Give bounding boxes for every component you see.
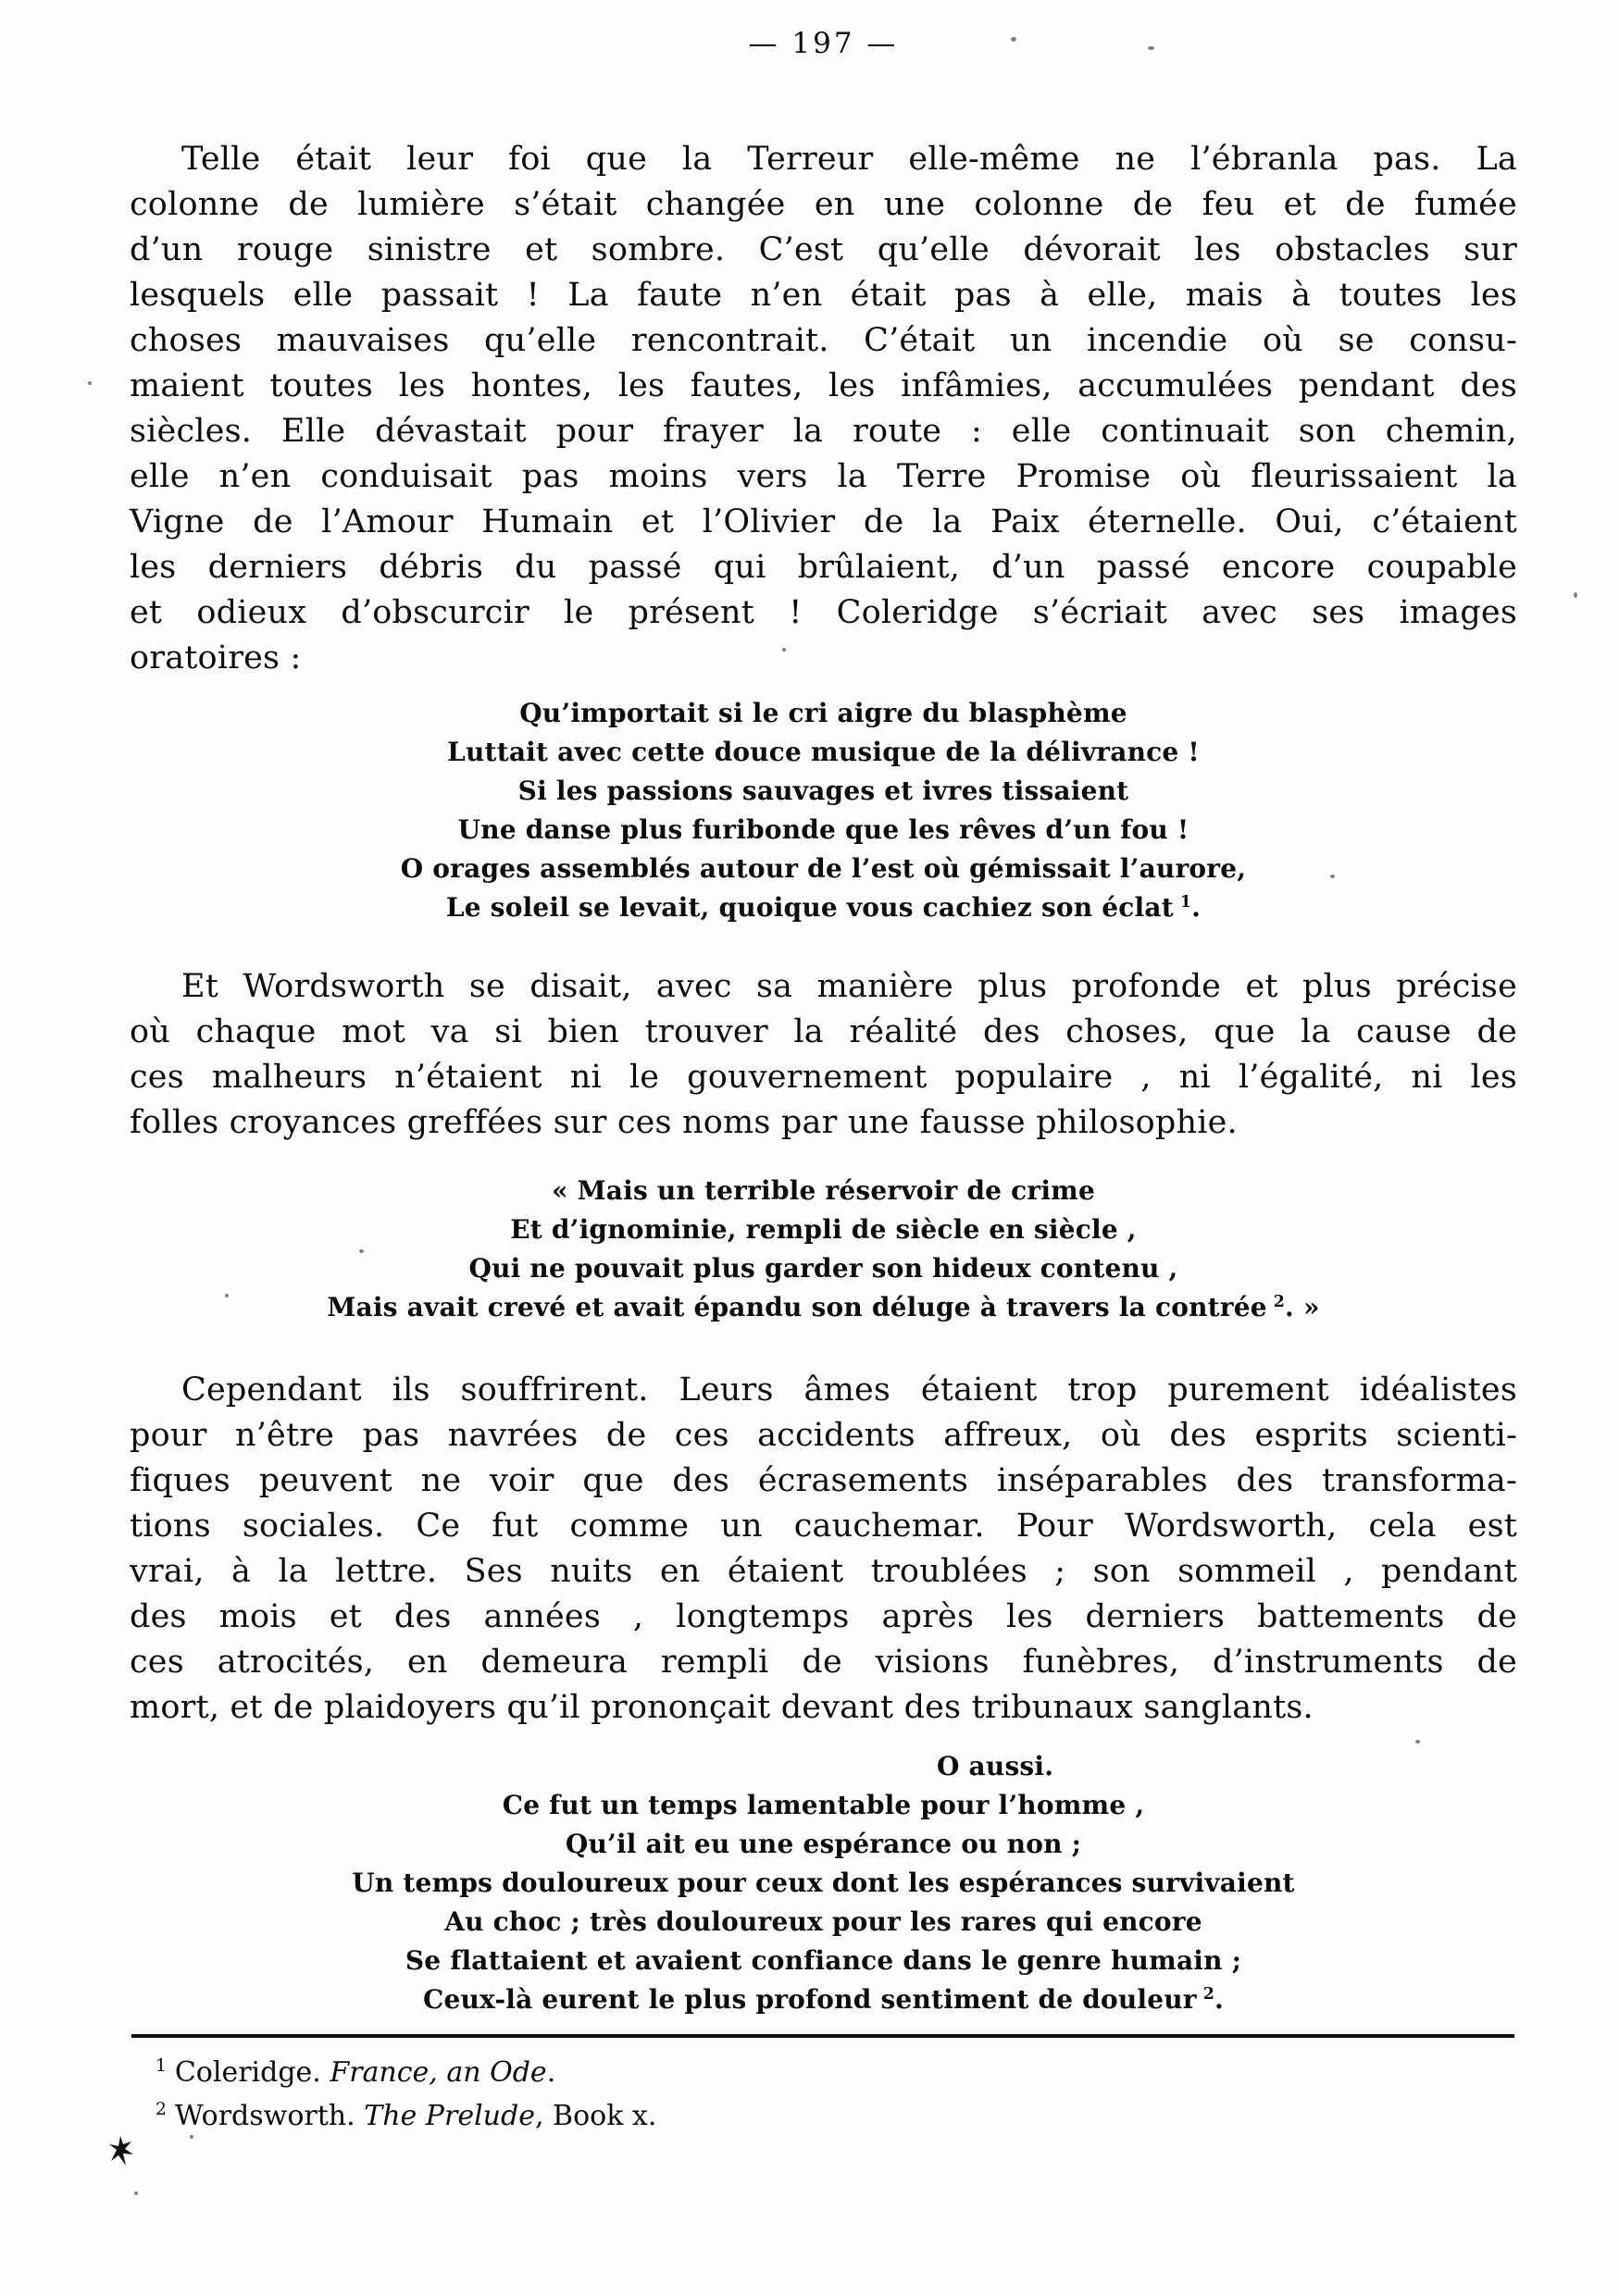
verse-opening-fragment: O aussi. bbox=[130, 1747, 1517, 1786]
text-line: oratoires : bbox=[130, 636, 1517, 681]
footnote-wordsworth: 2Wordsworth. The Prelude, Book x. bbox=[156, 2094, 1517, 2138]
footnote-work-title: The Prelude bbox=[364, 2100, 535, 2132]
text-line: O orages assemblés autour de l’est où gé… bbox=[130, 850, 1517, 888]
text-line: Qui ne pouvait plus garder son hideux co… bbox=[130, 1249, 1517, 1288]
text-line: Et d’ignominie, rempli de siècle en sièc… bbox=[130, 1210, 1517, 1249]
footnote-reference: 1 bbox=[1180, 893, 1191, 912]
text-line: Qu’il ait eu une espérance ou non ; bbox=[130, 1825, 1517, 1864]
text-line: Cependant ils souffrirent. Leurs âmes ét… bbox=[130, 1368, 1517, 1413]
paragraph-1: Telle était leur foi que la Terreur elle… bbox=[130, 137, 1517, 681]
footnote-separator-rule bbox=[131, 2034, 1514, 2038]
page-content: — 197 — Telle était leur foi que la Terr… bbox=[0, 0, 1619, 2138]
text-line: d’un rouge sinistre et sombre. C’est qu’… bbox=[130, 228, 1517, 273]
footnote-coleridge: 1Coleridge. France, an Ode. bbox=[156, 2051, 1517, 2094]
text-line: siècles. Elle dévastait pour frayer la r… bbox=[130, 409, 1517, 454]
text-line: vrai, à la lettre. Ses nuits en étaient … bbox=[130, 1549, 1517, 1595]
text-line: et odieux d’obscurcir le présent ! Coler… bbox=[130, 590, 1517, 636]
text-line: maient toutes les hontes, les fautes, le… bbox=[130, 364, 1517, 409]
text-line: lesquels elle passait ! La faute n’en ét… bbox=[130, 273, 1517, 318]
scan-speck bbox=[1415, 1740, 1420, 1744]
ink-blot-mark bbox=[109, 2136, 133, 2171]
scan-speck bbox=[1574, 592, 1577, 598]
text-line: choses mauvaises qu’elle rencontrait. C’… bbox=[130, 318, 1517, 364]
text-line: les derniers débris du passé qui brûlaie… bbox=[130, 545, 1517, 590]
ink-blot-shape bbox=[109, 2136, 133, 2167]
text-line: Au choc ; très douloureux pour les rares… bbox=[130, 1903, 1517, 1942]
footnote-marker: 2 bbox=[156, 2100, 167, 2119]
verse-quote-coleridge: Qu’importait si le cri aigre du blasphèm… bbox=[130, 694, 1517, 927]
text-line: fiques peuvent ne voir que des écrasemen… bbox=[130, 1458, 1517, 1504]
footnotes-block: 1Coleridge. France, an Ode. 2Wordsworth.… bbox=[130, 2051, 1517, 2138]
footnote-author: Wordsworth. bbox=[175, 2100, 364, 2132]
text-line: pour n’être pas navrées de ces accidents… bbox=[130, 1413, 1517, 1458]
text-line: Telle était leur foi que la Terreur elle… bbox=[130, 137, 1517, 182]
text-line: elle n’en conduisait pas moins vers la T… bbox=[130, 454, 1517, 500]
footnote-tail: . bbox=[547, 2056, 556, 2089]
text-line: Une danse plus furibonde que les rêves d… bbox=[130, 811, 1517, 850]
page-number: — 197 — bbox=[130, 26, 1517, 61]
text-line: Et Wordsworth se disait, avec sa manière… bbox=[130, 964, 1517, 1010]
text-line: Qu’importait si le cri aigre du blasphèm… bbox=[130, 694, 1517, 733]
text-line: Mais avait crevé et avait épandu son dél… bbox=[130, 1288, 1517, 1327]
scan-speck bbox=[134, 2191, 138, 2195]
scan-speck bbox=[225, 1294, 229, 1297]
footnote-work-title: France, an Ode bbox=[330, 2056, 546, 2089]
scan-speck bbox=[88, 381, 92, 385]
text-line: « Mais un terrible réservoir de crime bbox=[130, 1172, 1517, 1210]
scan-speck bbox=[1148, 46, 1154, 50]
text-line: Se flattaient et avaient confiance dans … bbox=[130, 1942, 1517, 1980]
text-line: Le soleil se levait, quoique vous cachie… bbox=[130, 888, 1517, 927]
text-line: Ce fut un temps lamentable pour l’homme … bbox=[130, 1786, 1517, 1825]
verse-quote-wordsworth-prelude: O aussi. Ce fut un temps lamentable pour… bbox=[130, 1747, 1517, 2019]
text-line: des mois et des années , longtemps après… bbox=[130, 1595, 1517, 1640]
text-line: Un temps douloureux pour ceux dont les e… bbox=[130, 1864, 1517, 1903]
scan-speck bbox=[1011, 37, 1016, 42]
paragraph-3: Cependant ils souffrirent. Leurs âmes ét… bbox=[130, 1368, 1517, 1731]
scan-speck bbox=[359, 1249, 364, 1253]
text-line: folles croyances greffées sur ces noms p… bbox=[130, 1100, 1517, 1146]
book-page: — 197 — Telle était leur foi que la Terr… bbox=[0, 0, 1619, 2296]
text-line: ces atrocités, en demeura rempli de visi… bbox=[130, 1640, 1517, 1685]
text-line: Si les passions sauvages et ivres tissai… bbox=[130, 772, 1517, 811]
text-line: colonne de lumière s’était changée en un… bbox=[130, 182, 1517, 228]
text-line: tions sociales. Ce fut comme un cauchema… bbox=[130, 1504, 1517, 1549]
text-line: où chaque mot va si bien trouver la réal… bbox=[130, 1010, 1517, 1055]
footnote-author: Coleridge. bbox=[175, 2056, 330, 2089]
verse-quote-wordsworth-reservoir: « Mais un terrible réservoir de crimeEt … bbox=[130, 1172, 1517, 1327]
text-line: mort, et de plaidoyers qu’il prononçait … bbox=[130, 1685, 1517, 1731]
text-line: Ceux-là eurent le plus profond sentiment… bbox=[130, 1980, 1517, 2019]
footnote-marker: 1 bbox=[156, 2056, 167, 2076]
footnote-reference: 2 bbox=[1203, 1985, 1214, 2004]
scan-speck bbox=[1330, 875, 1335, 878]
text-line: Luttait avec cette douce musique de la d… bbox=[130, 733, 1517, 772]
text-line: Vigne de l’Amour Humain et l’Olivier de … bbox=[130, 500, 1517, 545]
footnote-reference: 2 bbox=[1274, 1293, 1285, 1311]
footnote-tail: , Book x. bbox=[535, 2100, 656, 2132]
scan-speck bbox=[782, 648, 786, 652]
text-line: ces malheurs n’étaient ni le gouvernemen… bbox=[130, 1055, 1517, 1100]
scan-speck bbox=[190, 2135, 193, 2139]
paragraph-2: Et Wordsworth se disait, avec sa manière… bbox=[130, 964, 1517, 1146]
